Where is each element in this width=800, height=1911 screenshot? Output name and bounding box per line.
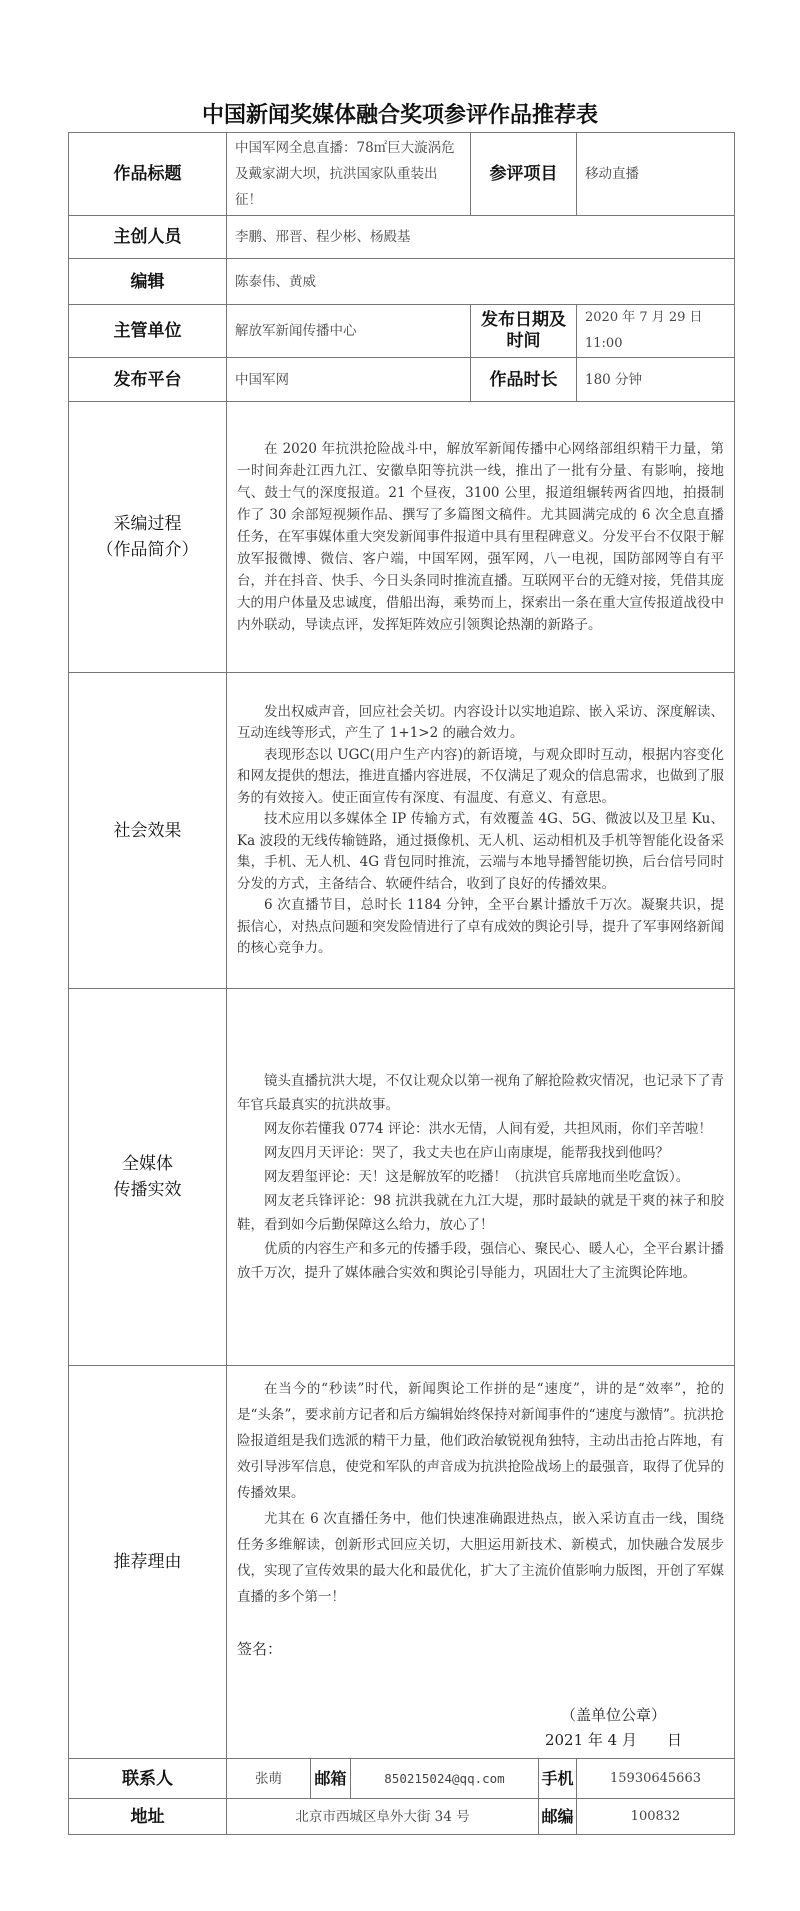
media-effect-label-line2: 传播实效 [69, 1177, 226, 1203]
contact-name: 张萌 [227, 1759, 311, 1799]
row-social-effect: 社会效果 发出权威声音，回应社会关切。内容设计以实地追踪、嵌入采访、深度解读、互… [69, 673, 735, 989]
social-effect-paragraph: 发出权威声音，回应社会关切。内容设计以实地追踪、嵌入采访、深度解读、互动连线等形… [237, 702, 724, 745]
publish-date-label: 发布日期及时间 [471, 305, 577, 358]
address-value: 北京市西城区阜外大街 34 号 [227, 1799, 539, 1835]
email-value: 850215024@qq.com [351, 1759, 539, 1799]
media-effect-paragraph: 镜头直播抗洪大堤，不仅让观众以第一视角了解抢险救灾情况，也记录下了青年官兵最真实… [237, 1069, 724, 1117]
social-effect-paragraph: 技术应用以多媒体全 IP 传输方式，有效覆盖 4G、5G、微波以及卫星 Ku、K… [237, 809, 724, 895]
address-label: 地址 [69, 1799, 227, 1835]
row-contact: 联系人 张萌 邮箱 850215024@qq.com 手机 1593064566… [69, 1759, 735, 1799]
category-value: 移动直播 [577, 133, 735, 216]
media-effect-paragraph: 优质的内容生产和多元的传播手段，强信心、聚民心、暖人心，全平台累计播放千万次，提… [237, 1237, 724, 1285]
recommendation-paragraph: 在当今的“秒读”时代，新闻舆论工作拼的是“速度”，讲的是“效率”，抢的是“头条”… [237, 1376, 724, 1506]
process-label: 采编过程 （作品简介） [69, 402, 227, 673]
row-process: 采编过程 （作品简介） 在 2020 年抗洪抢险战斗中，解放军新闻传播中心网络部… [69, 402, 735, 673]
editors-label: 编辑 [69, 259, 227, 305]
row-media-effect: 全媒体 传播实效 镜头直播抗洪大堤，不仅让观众以第一视角了解抢险救灾情况，也记录… [69, 989, 735, 1366]
recommendation-paragraph: 尤其在 6 次直播任务中，他们快速准确跟进热点，嵌入采访直击一线，围绕任务多维解… [237, 1506, 724, 1610]
platform-label: 发布平台 [69, 358, 227, 402]
duration-label: 作品时长 [471, 358, 577, 402]
postcode-value: 100832 [577, 1799, 735, 1835]
work-title-label: 作品标题 [69, 133, 227, 216]
social-effect-paragraph: 表现形态以 UGC(用户生产内容)的新语境，与观众即时互动，根据内容变化和网友提… [237, 745, 724, 810]
media-effect-paragraph: 网友四月天评论：哭了，我丈夫也在庐山南康堤，能帮我找到他吗？ [237, 1141, 724, 1165]
organization-value: 解放军新闻传播中心 [227, 305, 471, 358]
signature-label: 签名： [237, 1636, 724, 1662]
media-effect-paragraph: 网友你若懂我 0774 评论：洪水无情，人间有爱，共担风雨，你们辛苦啦！ [237, 1117, 724, 1141]
row-work-title: 作品标题 中国军网全息直播：78㎡巨大漩涡危及戴家湖大坝，抗洪国家队重装出征！ … [69, 133, 735, 216]
row-creators: 主创人员 李鹏、邢晋、程少彬、杨殿基 [69, 216, 735, 259]
row-editors: 编辑 陈泰伟、黄威 [69, 259, 735, 305]
recommendation-content: 在当今的“秒读”时代，新闻舆论工作拼的是“速度”，讲的是“效率”，抢的是“头条”… [227, 1366, 735, 1759]
publish-date-value: 2020 年 7 月 29 日 11:00 [577, 305, 735, 358]
row-organization: 主管单位 解放军新闻传播中心 发布日期及时间 2020 年 7 月 29 日 1… [69, 305, 735, 358]
organization-label: 主管单位 [69, 305, 227, 358]
media-effect-label-line1: 全媒体 [69, 1151, 226, 1177]
process-paragraph: 在 2020 年抗洪抢险战斗中，解放军新闻传播中心网络部组织精干力量，第一时间奔… [237, 438, 724, 636]
category-label: 参评项目 [471, 133, 577, 216]
process-label-line2: （作品简介） [69, 537, 226, 563]
social-effect-label: 社会效果 [69, 673, 227, 989]
social-effect-content: 发出权威声音，回应社会关切。内容设计以实地追踪、嵌入采访、深度解读、互动连线等形… [227, 673, 735, 989]
phone-label: 手机 [539, 1759, 577, 1799]
recommendation-form-table: 作品标题 中国军网全息直播：78㎡巨大漩涡危及戴家湖大坝，抗洪国家队重装出征！ … [68, 132, 735, 1835]
row-platform: 发布平台 中国军网 作品时长 180 分钟 [69, 358, 735, 402]
process-label-line1: 采编过程 [69, 511, 226, 537]
phone-value: 15930645663 [577, 1759, 735, 1799]
document-title: 中国新闻奖媒体融合奖项参评作品推荐表 [0, 98, 800, 129]
media-effect-paragraph: 网友碧玺评论：天！这是解放军的吃播！（抗洪官兵席地而坐吃盒饭）。 [237, 1165, 724, 1189]
contact-label: 联系人 [69, 1759, 227, 1799]
creators-label: 主创人员 [69, 216, 227, 259]
media-effect-paragraph: 网友老兵锋评论：98 抗洪我就在九江大堤，那时最缺的就是干爽的袜子和胶鞋，看到如… [237, 1189, 724, 1237]
media-effect-label: 全媒体 传播实效 [69, 989, 227, 1366]
platform-value: 中国军网 [227, 358, 471, 402]
signature-date: 2021 年 4 月 日 [237, 1728, 724, 1752]
seal-note: （盖单位公章） [237, 1702, 724, 1728]
email-label: 邮箱 [311, 1759, 351, 1799]
recommendation-label: 推荐理由 [69, 1366, 227, 1759]
row-recommendation: 推荐理由 在当今的“秒读”时代，新闻舆论工作拼的是“速度”，讲的是“效率”，抢的… [69, 1366, 735, 1759]
editors-value: 陈泰伟、黄威 [227, 259, 735, 305]
row-address: 地址 北京市西城区阜外大街 34 号 邮编 100832 [69, 1799, 735, 1835]
process-content: 在 2020 年抗洪抢险战斗中，解放军新闻传播中心网络部组织精干力量，第一时间奔… [227, 402, 735, 673]
media-effect-content: 镜头直播抗洪大堤，不仅让观众以第一视角了解抢险救灾情况，也记录下了青年官兵最真实… [227, 989, 735, 1366]
duration-value: 180 分钟 [577, 358, 735, 402]
postcode-label: 邮编 [539, 1799, 577, 1835]
work-title-value: 中国军网全息直播：78㎡巨大漩涡危及戴家湖大坝，抗洪国家队重装出征！ [227, 133, 471, 216]
social-effect-paragraph: 6 次直播节目，总时长 1184 分钟，全平台累计播放千万次。凝聚共识，提振信心… [237, 895, 724, 960]
creators-value: 李鹏、邢晋、程少彬、杨殿基 [227, 216, 735, 259]
